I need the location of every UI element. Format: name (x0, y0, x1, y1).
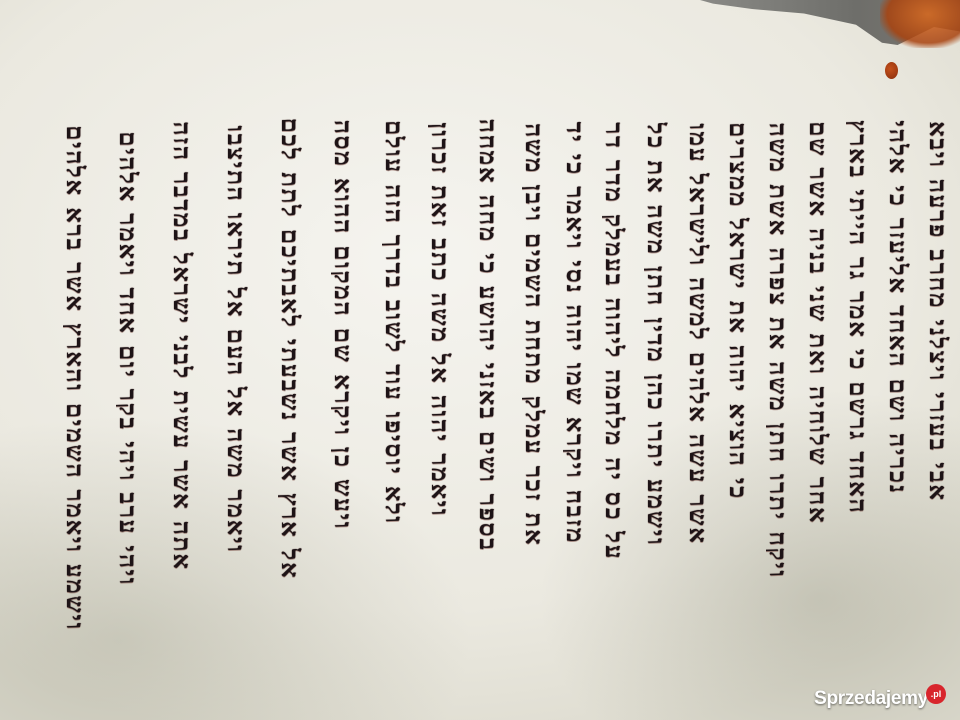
text-column: אתה אשר עשית לבני ישראל במדבר הזה (170, 121, 194, 702)
text-column: וישמע יתרו כהן מדין חתן משה את כל (644, 122, 668, 633)
text-column: מזבח ויקרא שמו יהוה נסי ויאמר כי יד (563, 121, 587, 647)
text-column: ויעש כן ויקרא שם המקום ההוא מסה (331, 119, 355, 690)
watermark-text: Sprzedajemy (814, 688, 928, 710)
text-column: ויאמר משה אל העם אל תיראו התיצבו (224, 125, 248, 701)
rust-stain (885, 62, 898, 79)
text-column: על כס יה מלחמה ליהוה בעמלק מדר דר (602, 122, 626, 638)
text-column: נכריה ושם האחד אליעזר כי אלהי (886, 120, 910, 631)
watermark-badge: .pl (926, 684, 946, 704)
text-column: כי הוציא יהוה את ישראל ממצרים (726, 122, 750, 623)
text-column: ויהי ערב ויהי בקר יום אחד ויאמר אלהים (116, 131, 140, 702)
burnt-rim (880, 0, 960, 48)
text-column: אשר עשה אלהים למשה ולישראל עמו (686, 123, 710, 629)
watermark: Sprzedajemy .pl (814, 688, 946, 710)
text-column: אבי בעזרי ויצלני מחרב פרעה ויבא (926, 121, 950, 642)
manuscript-photo: וישמע ויאמר השמים והארץ אשר ברא אלהיםויה… (0, 0, 960, 720)
text-column: אל ארץ אשר נשבעתי לאבתיכם לתת לכם (278, 117, 302, 698)
text-column: וישמע ויאמר השמים והארץ אשר ברא אלהים (63, 125, 87, 706)
text-column: את זכר עמלק מתחת השמים ויבן משה (522, 123, 546, 659)
hebrew-text-block: וישמע ויאמר השמים והארץ אשר ברא אלהיםויה… (60, 94, 960, 715)
text-column: האחד גרשם כי אמר גר הייתי בארץ (846, 119, 870, 620)
text-column: אחר שלוחיה ואת שני בניה אשר שם (806, 121, 830, 617)
text-column: ויקח יתרו חתן משה את צפרה אשת משה (766, 122, 790, 618)
text-column: ולא יוסיפו עוד לשוב בדרך הזה עולם (382, 120, 406, 681)
text-column: בספר ושים באזני יהושע כי מחה אמחה (476, 118, 500, 664)
text-column: ויאמר יהוה אל משה כתב זאת זכרון (428, 122, 452, 673)
